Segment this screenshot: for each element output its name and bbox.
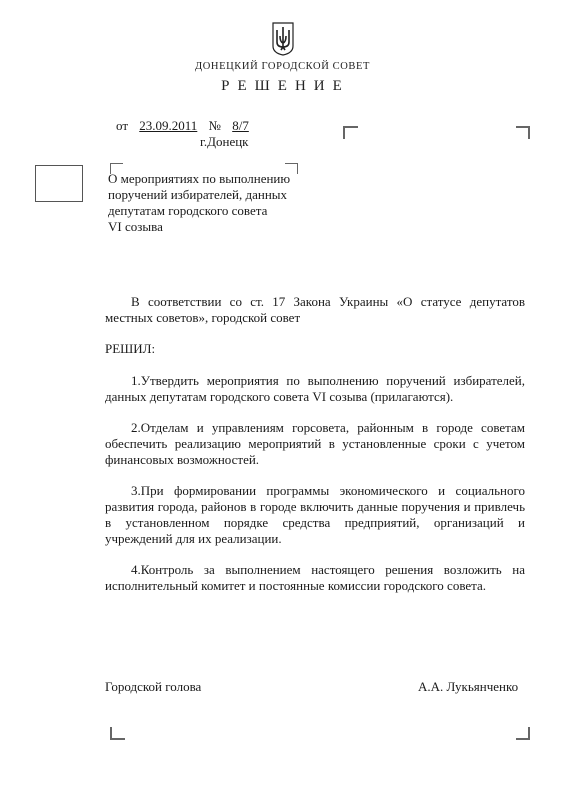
- corner-mark-top-left: [343, 126, 358, 139]
- date-number-line: от 23.09.2011 № 8/7: [116, 118, 249, 134]
- from-label: от: [116, 118, 128, 133]
- resolution-item-1: 1.Утвердить мероприятия по выполнению по…: [105, 373, 525, 405]
- signature-position: Городской голова: [105, 679, 201, 695]
- document-type-title: РЕШЕНИЕ: [0, 78, 565, 95]
- resolved-label: РЕШИЛ:: [105, 341, 525, 357]
- city: г.Донецк: [200, 134, 248, 150]
- corner-mark-bottom-left: [110, 727, 125, 740]
- corner-mark-bottom-right: [516, 727, 530, 740]
- subject-line: депутатам городского совета: [108, 203, 308, 219]
- document-number: 8/7: [232, 118, 249, 133]
- resolution-item-2: 2.Отделам и управлениям горсовета, район…: [105, 420, 525, 468]
- signature-name: А.А. Лукьянченко: [418, 679, 518, 695]
- coat-of-arms-icon: [272, 22, 294, 56]
- document-date: 23.09.2011: [139, 118, 197, 133]
- stamp-box: [35, 165, 83, 202]
- document-subject: О мероприятиях по выполнению поручений и…: [108, 171, 308, 235]
- resolution-item-4: 4.Контроль за выполнением настоящего реш…: [105, 562, 525, 594]
- resolution-item-3: 3.При формировании программы экономическ…: [105, 483, 525, 547]
- subject-line: поручений избирателей, данных: [108, 187, 308, 203]
- subject-line: VI созыва: [108, 219, 308, 235]
- preamble: В соответствии со ст. 17 Закона Украины …: [105, 294, 525, 326]
- subject-line: О мероприятиях по выполнению: [108, 171, 308, 187]
- organization-name: ДОНЕЦКИЙ ГОРОДСКОЙ СОВЕТ: [0, 61, 565, 72]
- number-label: №: [209, 118, 221, 133]
- corner-mark-top-right: [516, 126, 530, 139]
